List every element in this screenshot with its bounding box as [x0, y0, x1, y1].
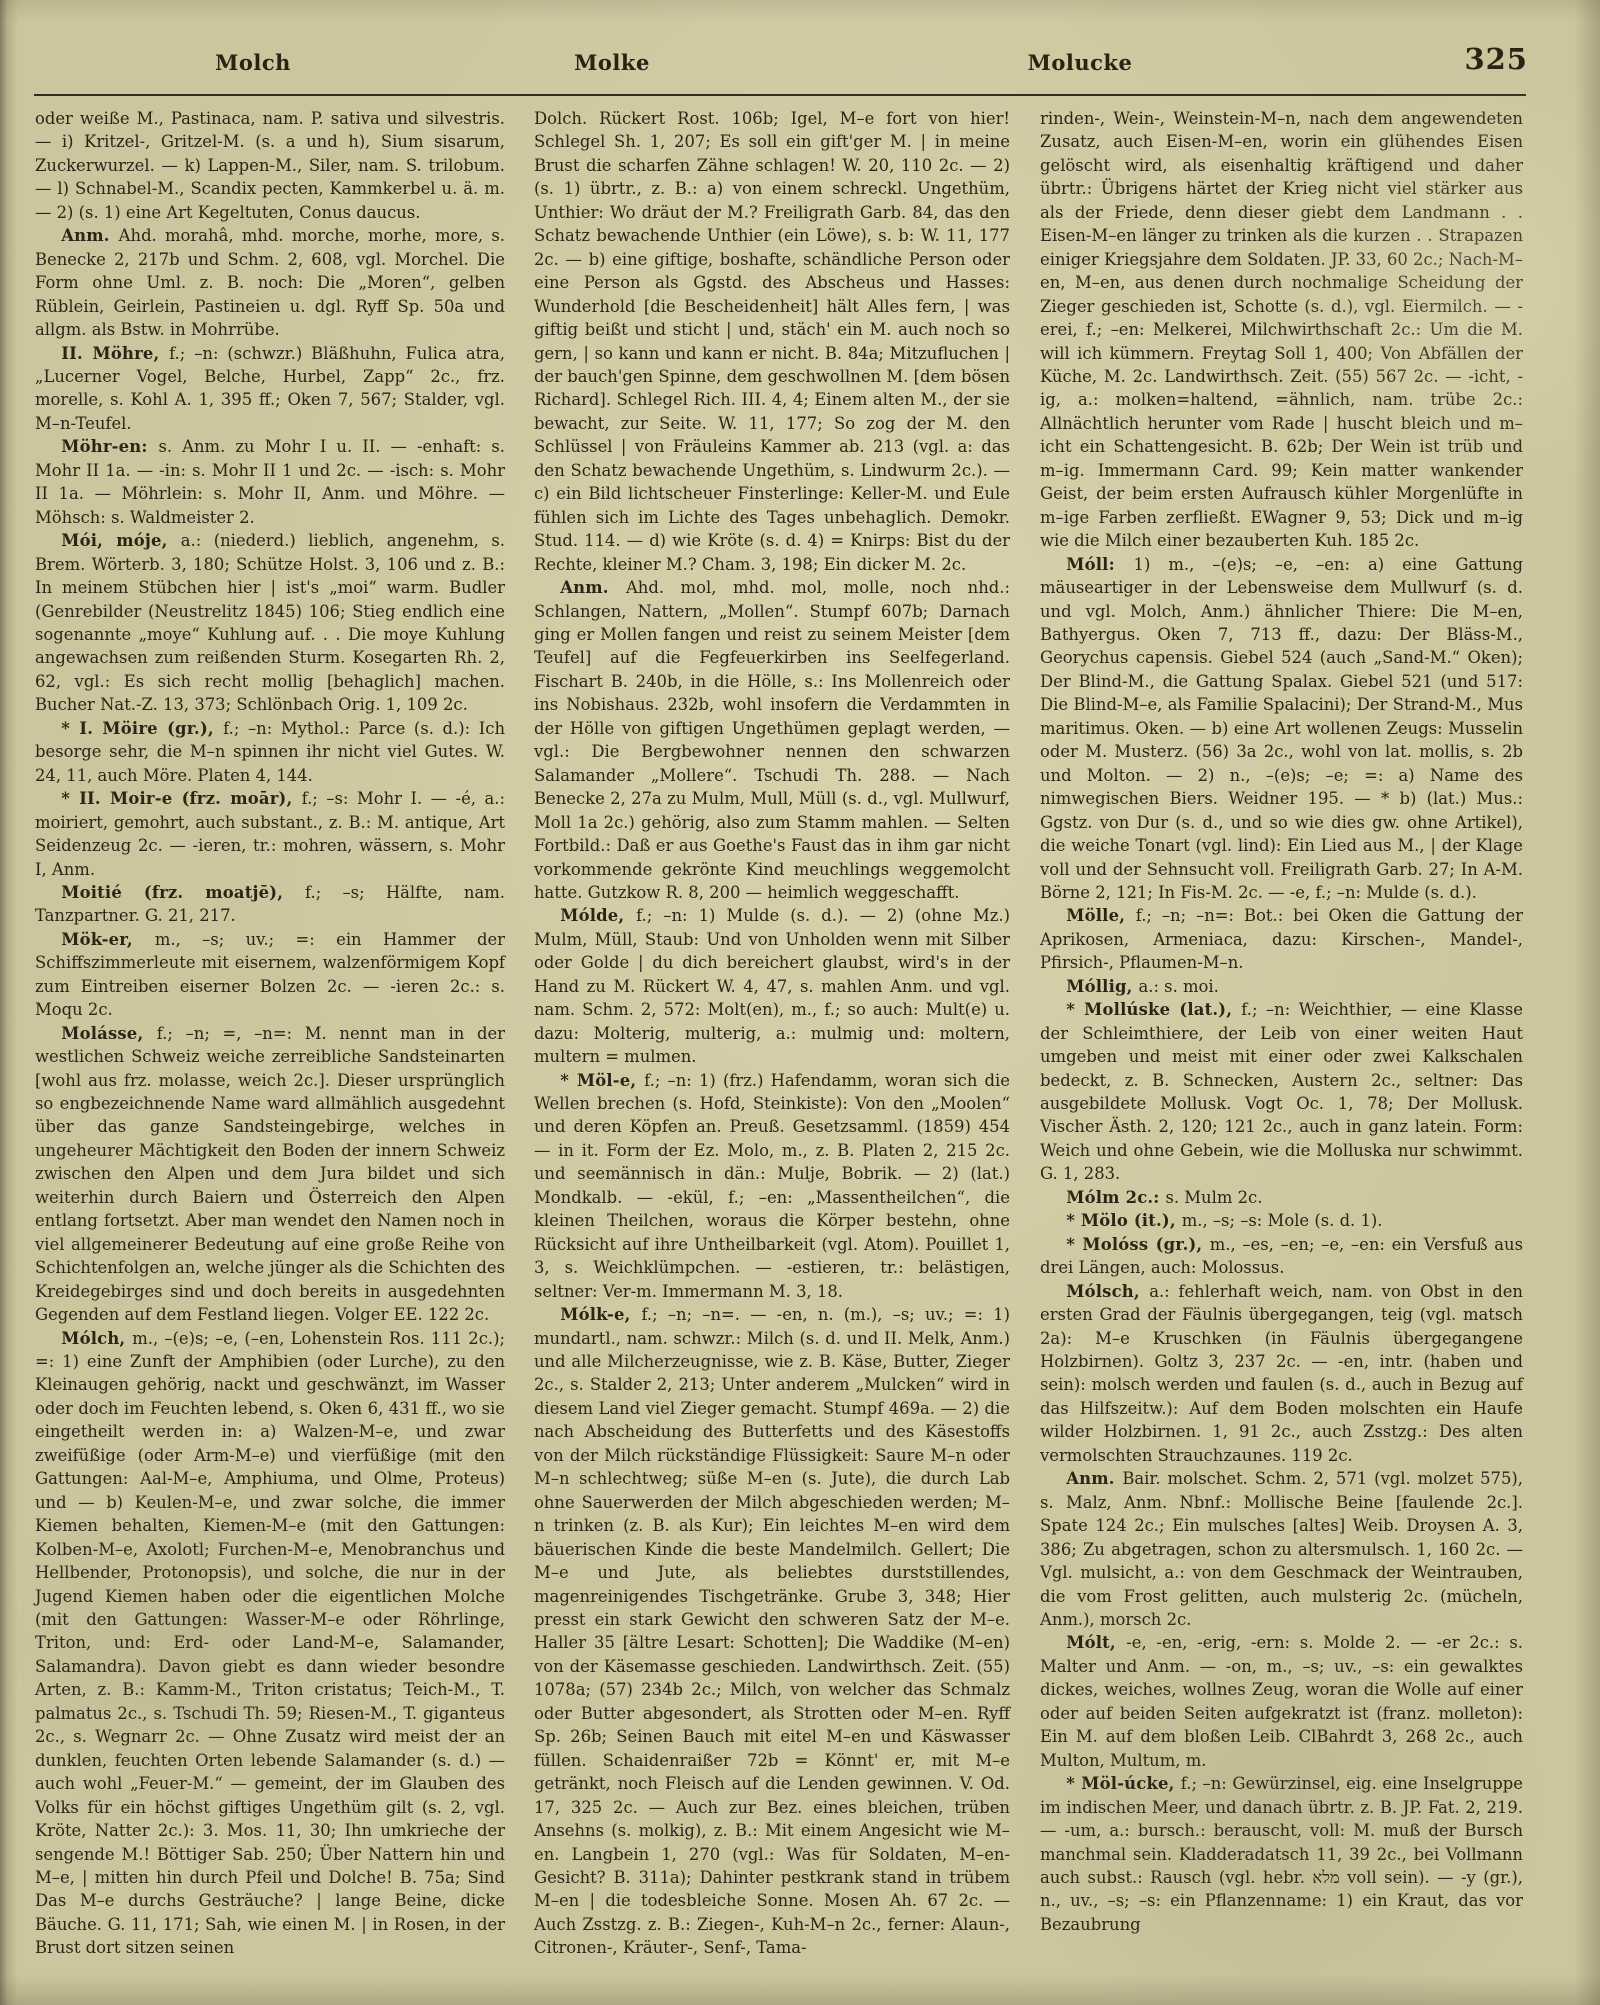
entry-headword: Anm.	[1066, 1469, 1122, 1488]
entry-headword: Mölle,	[1066, 906, 1135, 925]
dictionary-paragraph: II. Möhre, f.; –n: (schwzr.) Bläßhuhn, F…	[35, 342, 505, 436]
entry-headword: * Möl-úcke,	[1066, 1774, 1181, 1793]
dictionary-paragraph: Mólk-e, f.; –n; –n=. — -en, n. (m.), –s;…	[534, 1303, 1010, 1960]
dictionary-paragraph: * Molóss (gr.), m., –es, –en; –e, –en: e…	[1040, 1233, 1523, 1280]
entry-headword: Móll:	[1066, 555, 1133, 574]
entry-headword: * II. Moir-e (frz. moār),	[61, 789, 301, 808]
dictionary-paragraph: Mölle, f.; –n; –n=: Bot.: bei Oken die G…	[1040, 904, 1523, 974]
text-column-1: oder weiße M., Pastinaca, nam. P. sativa…	[35, 107, 505, 1960]
dictionary-paragraph: Moitié (frz. moatjē), f.; –s; Hälfte, na…	[35, 881, 505, 928]
dictionary-paragraph: Anm. Ahd. mol, mhd. mol, molle, noch nhd…	[534, 576, 1010, 904]
dictionary-paragraph: * I. Möire (gr.), f.; –n: Mythol.: Parce…	[35, 717, 505, 787]
entry-headword: Mólm 2c.:	[1066, 1188, 1165, 1207]
dictionary-paragraph: Mök-er, m., –s; uv.; =: ein Hammer der S…	[35, 928, 505, 1022]
entry-headword: Mólsch,	[1066, 1282, 1149, 1301]
dictionary-paragraph: Mólm 2c.: s. Mulm 2c.	[1040, 1186, 1523, 1209]
entry-headword: Anm.	[560, 578, 626, 597]
entry-headword: Mök-er,	[61, 930, 155, 949]
dictionary-paragraph: Móll: 1) m., –(e)s; –e, –en: a) eine Gat…	[1040, 553, 1523, 905]
entry-headword: Möhr-en:	[61, 437, 158, 456]
dictionary-paragraph: * Möl-úcke, f.; –n: Gewürzinsel, eig. ei…	[1040, 1772, 1523, 1936]
entry-headword: Móllig,	[1066, 977, 1138, 996]
header-rule	[34, 94, 1526, 96]
scanned-dictionary-page: Molch Molke Molucke 325 oder weiße M., P…	[0, 0, 1600, 2005]
dictionary-paragraph: Mólsch, a.: fehlerhaft weich, nam. von O…	[1040, 1280, 1523, 1468]
dictionary-paragraph: rinden-, Wein-, Weinstein-M–n, nach dem …	[1040, 107, 1523, 553]
entry-headword: Mólk-e,	[560, 1305, 641, 1324]
running-head-left: Molch	[215, 50, 291, 75]
dictionary-paragraph: Anm. Bair. molschet. Schm. 2, 571 (vgl. …	[1040, 1467, 1523, 1631]
entry-headword: Mólt,	[1066, 1633, 1126, 1652]
dictionary-paragraph: Mólch, m., –(e)s; –e, (–en, Lohenstein R…	[35, 1327, 505, 1960]
dictionary-paragraph: * II. Moir-e (frz. moār), f.; –s: Mohr I…	[35, 787, 505, 881]
dictionary-paragraph: Dolch. Rückert Rost. 106b; Igel, M–e for…	[534, 107, 1010, 576]
dictionary-paragraph: Mólde, f.; –n: 1) Mulde (s. d.). — 2) (o…	[534, 904, 1010, 1068]
dictionary-paragraph: oder weiße M., Pastinaca, nam. P. sativa…	[35, 107, 505, 224]
dictionary-paragraph: Mói, móje, a.: (niederd.) lieblich, ange…	[35, 529, 505, 717]
text-column-2: Dolch. Rückert Rost. 106b; Igel, M–e for…	[534, 107, 1010, 1960]
dictionary-paragraph: Mólt, -e, -en, -erig, -ern: s. Molde 2. …	[1040, 1631, 1523, 1772]
entry-headword: II. Möhre,	[61, 344, 169, 363]
entry-headword: * Mölo (it.),	[1066, 1211, 1181, 1230]
entry-headword: * Möl-e,	[560, 1071, 644, 1090]
dictionary-paragraph: Móllig, a.: s. moi.	[1040, 975, 1523, 998]
entry-headword: Mólde,	[560, 906, 636, 925]
page-number: 325	[1464, 42, 1528, 76]
dictionary-paragraph: Möhr-en: s. Anm. zu Mohr I u. II. — -enh…	[35, 435, 505, 529]
entry-headword: Anm.	[61, 226, 118, 245]
entry-headword: * I. Möire (gr.),	[61, 719, 223, 738]
entry-headword: * Molóss (gr.),	[1066, 1235, 1209, 1254]
dictionary-paragraph: * Mölo (it.), m., –s; –s: Mole (s. d. 1)…	[1040, 1209, 1523, 1232]
running-head-center: Molke	[574, 50, 650, 75]
entry-headword: Moitié (frz. moatjē),	[61, 883, 305, 902]
entry-headword: Mói, móje,	[61, 531, 181, 550]
entry-headword: * Mollúske (lat.),	[1066, 1000, 1241, 1019]
text-column-3: rinden-, Wein-, Weinstein-M–n, nach dem …	[1040, 107, 1523, 1936]
entry-headword: Mólch,	[61, 1329, 132, 1348]
dictionary-paragraph: Anm. Ahd. morahâ, mhd. morche, morhe, mo…	[35, 224, 505, 341]
dictionary-paragraph: * Mollúske (lat.), f.; –n: Weichthier, —…	[1040, 998, 1523, 1186]
dictionary-paragraph: * Möl-e, f.; –n: 1) (frz.) Hafendamm, wo…	[534, 1069, 1010, 1304]
dictionary-paragraph: Molásse, f.; –n; =, –n=: M. nennt man in…	[35, 1022, 505, 1327]
running-head-right: Molucke	[1028, 50, 1133, 75]
entry-headword: Molásse,	[61, 1024, 156, 1043]
